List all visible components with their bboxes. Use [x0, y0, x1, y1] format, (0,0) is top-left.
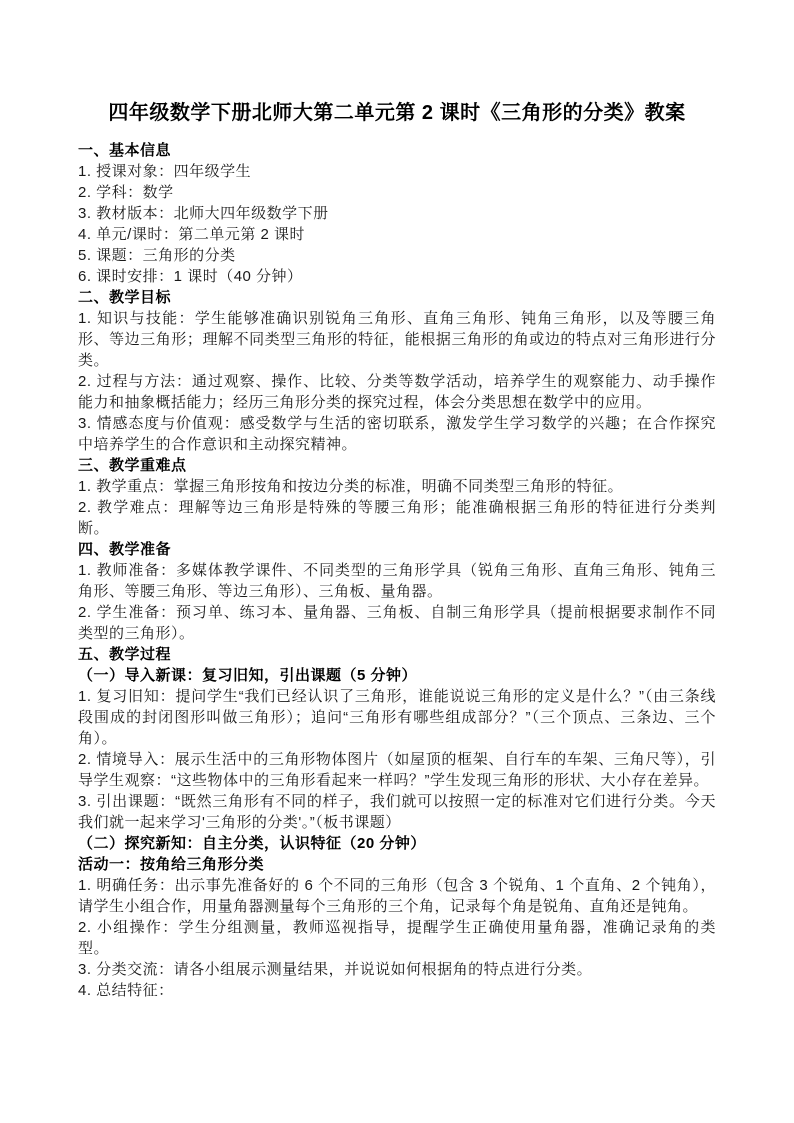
section-heading: 活动一：按角给三角形分类	[78, 854, 716, 875]
paragraph: 6. 课时安排：1 课时（40 分钟）	[78, 266, 716, 287]
paragraph: 3. 情感态度与价值观：感受数学与生活的密切联系，激发学生学习数学的兴趣；在合作…	[78, 413, 716, 455]
paragraph: 3. 教材版本：北师大四年级数学下册	[78, 203, 716, 224]
document-page: 四年级数学下册北师大第二单元第 2 课时《三角形的分类》教案 一、基本信息1. …	[0, 0, 794, 1123]
paragraph: 5. 课题：三角形的分类	[78, 245, 716, 266]
paragraph: 1. 教学重点：掌握三角形按角和按边分类的标准，明确不同类型三角形的特征。	[78, 476, 716, 497]
section-heading: （二）探究新知：自主分类，认识特征（20 分钟）	[78, 833, 716, 854]
paragraph: 2. 学科：数学	[78, 182, 716, 203]
paragraph: 3. 引出课题：“既然三角形有不同的样子，我们就可以按照一定的标准对它们进行分类…	[78, 791, 716, 833]
section-heading: 二、教学目标	[78, 287, 716, 308]
paragraph: 1. 教师准备：多媒体教学课件、不同类型的三角形学具（锐角三角形、直角三角形、钝…	[78, 560, 716, 602]
paragraph: 1. 知识与技能：学生能够准确识别锐角三角形、直角三角形、钝角三角形，以及等腰三…	[78, 308, 716, 371]
section-heading: 一、基本信息	[78, 140, 716, 161]
paragraph: 2. 小组操作：学生分组测量，教师巡视指导，提醒学生正确使用量角器，准确记录角的…	[78, 917, 716, 959]
section-heading: 五、教学过程	[78, 644, 716, 665]
paragraph: 2. 过程与方法：通过观察、操作、比较、分类等数学活动，培养学生的观察能力、动手…	[78, 371, 716, 413]
paragraph: 2. 情境导入：展示生活中的三角形物体图片（如屋顶的框架、自行车的车架、三角尺等…	[78, 749, 716, 791]
section-heading: 三、教学重难点	[78, 455, 716, 476]
document-title: 四年级数学下册北师大第二单元第 2 课时《三角形的分类》教案	[78, 100, 716, 126]
section-heading: （一）导入新课：复习旧知，引出课题（5 分钟）	[78, 665, 716, 686]
document-body: 一、基本信息1. 授课对象：四年级学生2. 学科：数学3. 教材版本：北师大四年…	[78, 140, 716, 1001]
paragraph: 2. 学生准备：预习单、练习本、量角器、三角板、自制三角形学具（提前根据要求制作…	[78, 602, 716, 644]
paragraph: 1. 授课对象：四年级学生	[78, 161, 716, 182]
paragraph: 3. 分类交流：请各小组展示测量结果，并说说如何根据角的特点进行分类。	[78, 959, 716, 980]
paragraph: 1. 明确任务：出示事先准备好的 6 个不同的三角形（包含 3 个锐角、1 个直…	[78, 875, 716, 917]
paragraph: 4. 总结特征：	[78, 980, 716, 1001]
section-heading: 四、教学准备	[78, 539, 716, 560]
paragraph: 2. 教学难点：理解等边三角形是特殊的等腰三角形；能准确根据三角形的特征进行分类…	[78, 497, 716, 539]
paragraph: 4. 单元/课时：第二单元第 2 课时	[78, 224, 716, 245]
paragraph: 1. 复习旧知：提问学生“我们已经认识了三角形，谁能说说三角形的定义是什么？”（…	[78, 686, 716, 749]
